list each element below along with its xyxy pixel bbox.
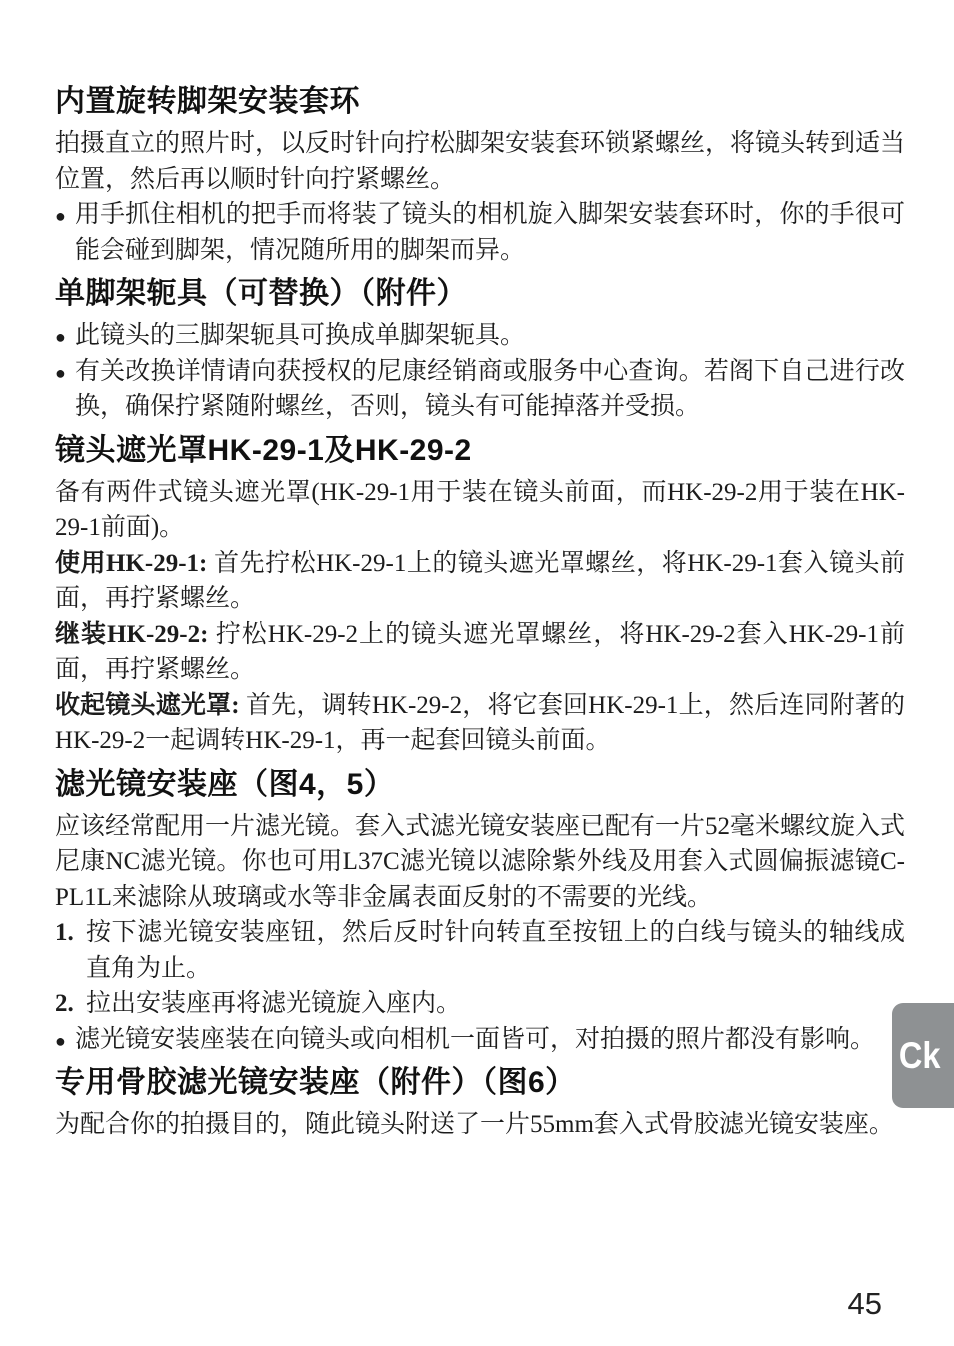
list-number: 1. xyxy=(55,915,74,951)
bullet-text: 用手抓住相机的把手而将装了镜头的相机旋入脚架安装套环时，你的手很可能会碰到脚架，… xyxy=(75,201,905,264)
bullet-item: ● 此镜头的三脚架轭具可换成单脚架轭具。 xyxy=(55,318,905,354)
step-label: 收起镜头遮光罩: xyxy=(55,692,240,719)
step-paragraph: 使用HK-29-1: 首先拧松HK-29-1上的镜头遮光罩螺丝，将HK-29-1… xyxy=(55,546,905,617)
body-paragraph: 备有两件式镜头遮光罩(HK-29-1用于装在镜头前面，而HK-29-2用于装在H… xyxy=(55,475,905,546)
numbered-item: 1. 按下滤光镜安装座钮，然后反时针向转直至按钮上的白线与镜头的轴线成直角为止。 xyxy=(55,915,905,986)
body-paragraph: 应该经常配用一片滤光镜。套入式滤光镜安装座已配有一片52毫米螺纹旋入式尼康NC滤… xyxy=(55,809,905,916)
body-paragraph: 为配合你的拍摄目的，随此镜头附送了一片55mm套入式骨胶滤光镜安装座。 xyxy=(55,1107,905,1143)
numbered-text: 按下滤光镜安装座钮，然后反时针向转直至按钮上的白线与镜头的轴线成直角为止。 xyxy=(86,919,905,982)
page-number: 45 xyxy=(848,1286,882,1322)
bullet-marker: ● xyxy=(55,356,66,392)
bullet-text: 滤光镜安装座装在向镜头或向相机一面皆可，对拍摄的照片都没有影响。 xyxy=(75,1026,875,1053)
section-filter-holder: 滤光镜安装座（图4，5） 应该经常配用一片滤光镜。套入式滤光镜安装座已配有一片5… xyxy=(55,765,905,1058)
section-heading: 专用骨胶滤光镜安装座（附件）（图6） xyxy=(55,1063,905,1103)
step-paragraph: 继装HK-29-2: 拧松HK-29-2上的镜头遮光罩螺丝，将HK-29-2套入… xyxy=(55,617,905,688)
list-number: 2. xyxy=(55,986,74,1022)
section-heading: 单脚架轭具（可替换）（附件） xyxy=(55,274,905,314)
section-heading: 内置旋转脚架安装套环 xyxy=(55,82,905,122)
section-monopod-yoke: 单脚架轭具（可替换）（附件） ● 此镜头的三脚架轭具可换成单脚架轭具。 ● 有关… xyxy=(55,274,905,425)
numbered-text: 拉出安装座再将滤光镜旋入座内。 xyxy=(86,990,461,1017)
bullet-item: ● 有关改换详情请向获授权的尼康经销商或服务中心查询。若阁下自己进行改换，确保拧… xyxy=(55,354,905,425)
language-tab-ck: Ck xyxy=(892,1003,954,1108)
section-heading: 镜头遮光罩HK-29-1及HK-29-2 xyxy=(55,431,905,471)
section-tripod-collar: 内置旋转脚架安装套环 拍摄直立的照片时，以反时针向拧松脚架安装套环锁紧螺丝，将镜… xyxy=(55,82,905,268)
language-tab-label: Ck xyxy=(899,1035,941,1077)
section-lens-hood: 镜头遮光罩HK-29-1及HK-29-2 备有两件式镜头遮光罩(HK-29-1用… xyxy=(55,431,905,759)
page-content: 内置旋转脚架安装套环 拍摄直立的照片时，以反时针向拧松脚架安装套环锁紧螺丝，将镜… xyxy=(55,82,905,1143)
bullet-marker: ● xyxy=(55,320,66,356)
bullet-marker: ● xyxy=(55,199,66,235)
bullet-text: 此镜头的三脚架轭具可换成单脚架轭具。 xyxy=(75,322,525,349)
bullet-item: ● 滤光镜安装座装在向镜头或向相机一面皆可，对拍摄的照片都没有影响。 xyxy=(55,1022,905,1058)
section-gelatin-filter-holder: 专用骨胶滤光镜安装座（附件）（图6） 为配合你的拍摄目的，随此镜头附送了一片55… xyxy=(55,1063,905,1143)
bullet-marker: ● xyxy=(55,1024,66,1060)
step-label: 继装HK-29-2: xyxy=(55,621,208,648)
step-paragraph: 收起镜头遮光罩: 首先，调转HK-29-2，将它套回HK-29-1上，然后连同附… xyxy=(55,688,905,759)
body-paragraph: 拍摄直立的照片时，以反时针向拧松脚架安装套环锁紧螺丝，将镜头转到适当位置，然后再… xyxy=(55,126,905,197)
bullet-text: 有关改换详情请向获授权的尼康经销商或服务中心查询。若阁下自己进行改换，确保拧紧随… xyxy=(75,358,905,421)
step-label: 使用HK-29-1: xyxy=(55,550,207,577)
section-heading: 滤光镜安装座（图4，5） xyxy=(55,765,905,805)
numbered-item: 2. 拉出安装座再将滤光镜旋入座内。 xyxy=(55,986,905,1022)
bullet-item: ● 用手抓住相机的把手而将装了镜头的相机旋入脚架安装套环时，你的手很可能会碰到脚… xyxy=(55,197,905,268)
